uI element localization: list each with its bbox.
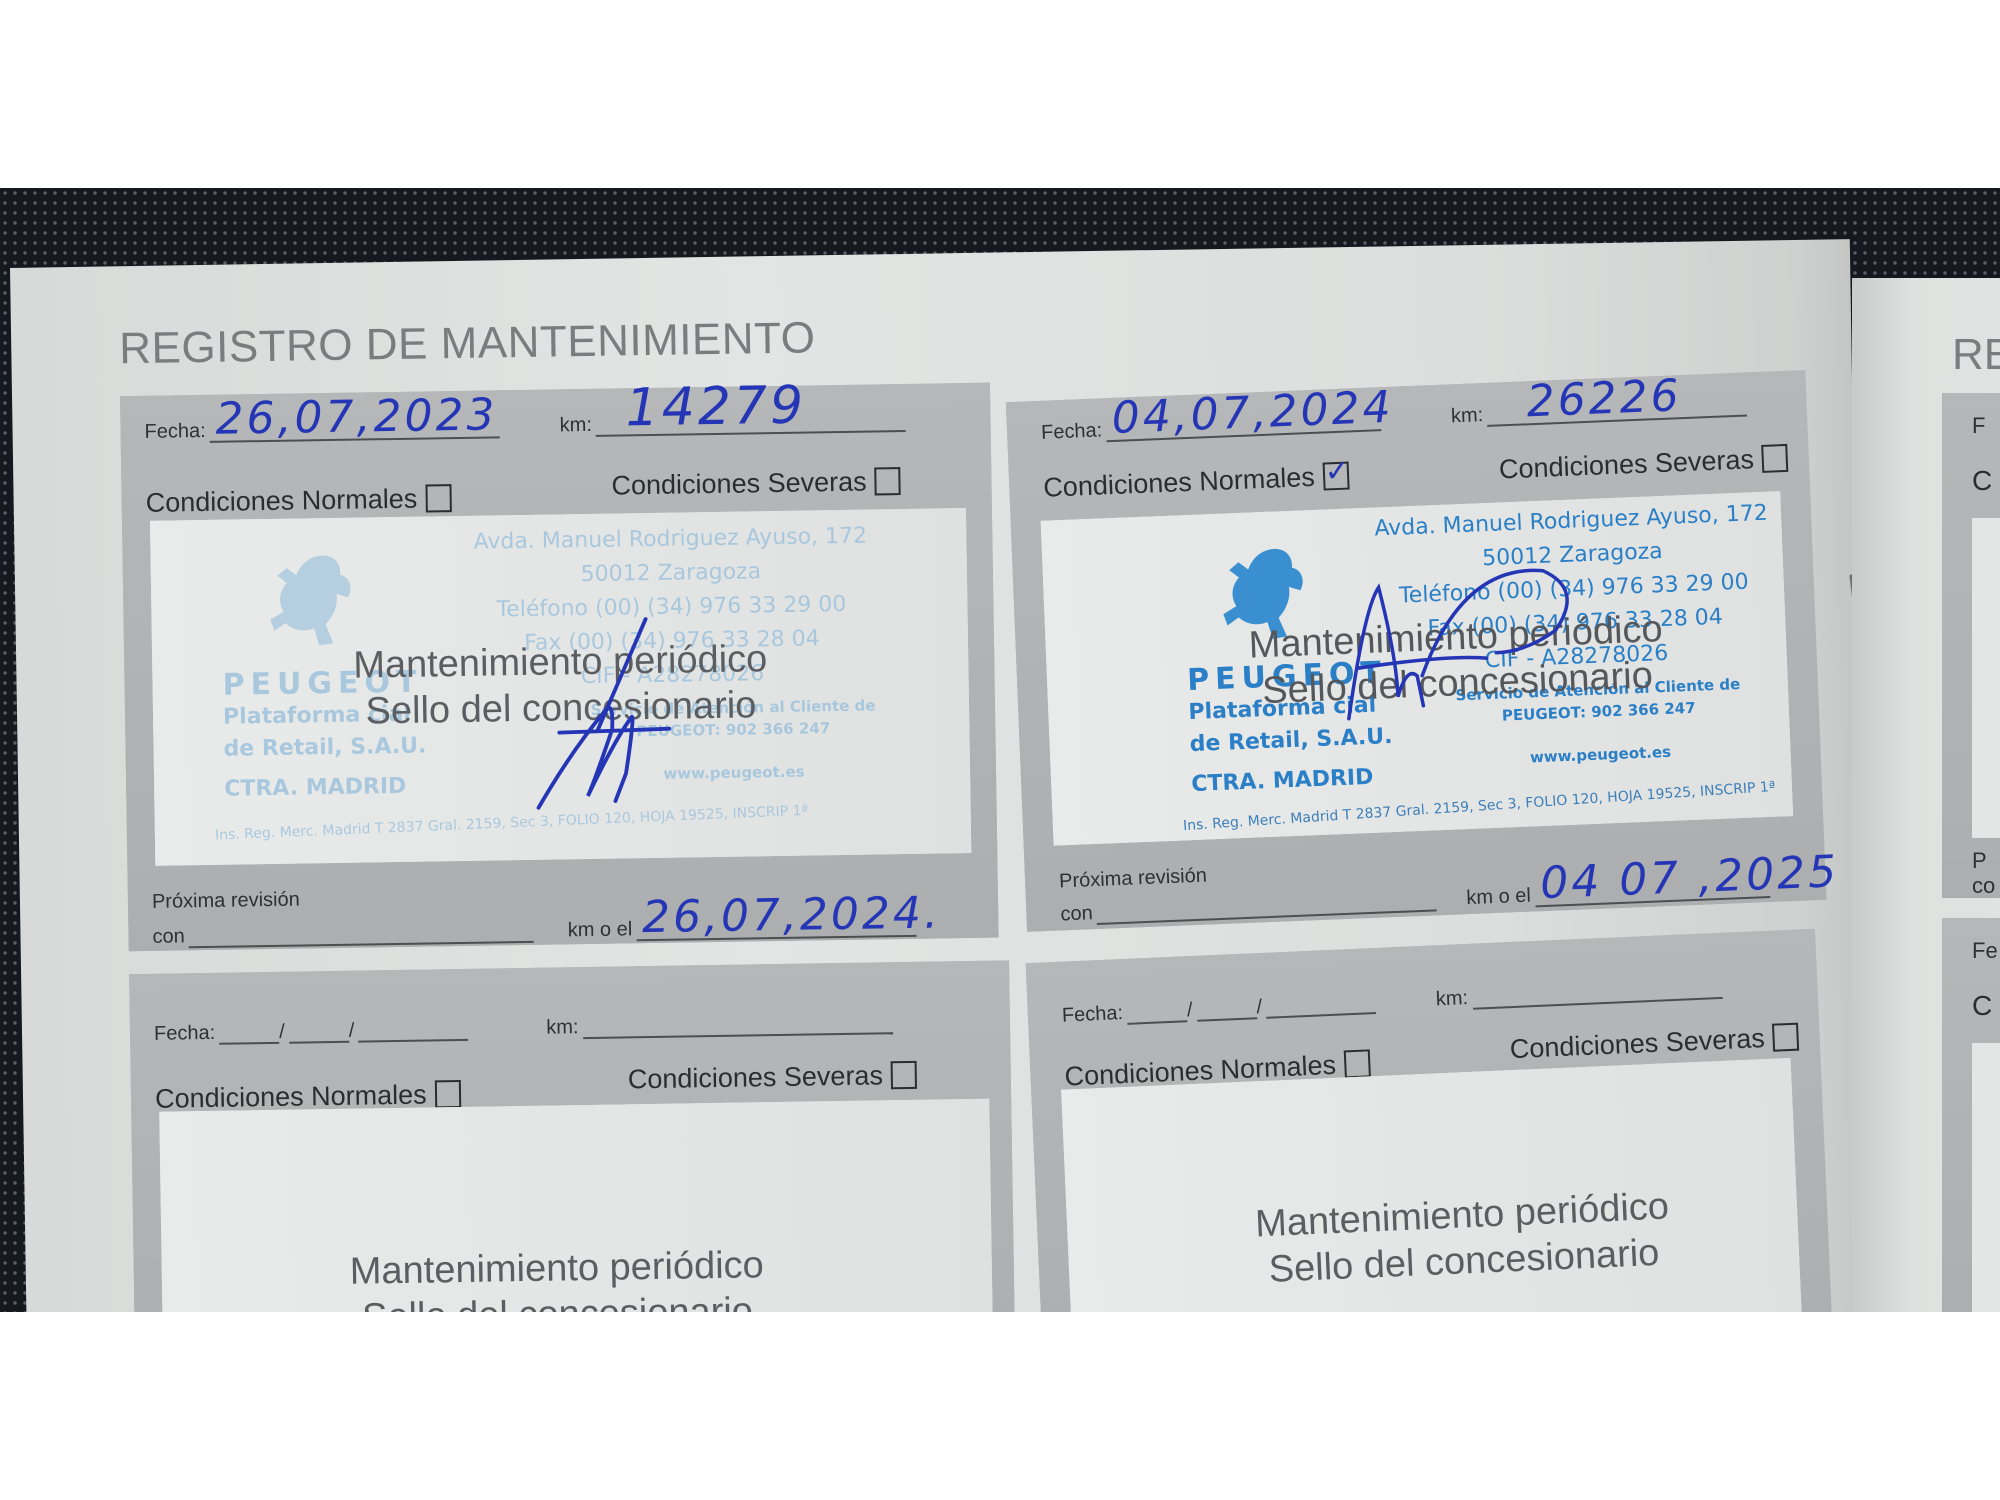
maintenance-entry-1: Fecha: 26,07,2023 km: 14279 Condiciones … bbox=[120, 383, 999, 952]
next-fecha-label-2: Fe bbox=[1972, 938, 1998, 964]
fecha-year-field[interactable] bbox=[358, 1015, 468, 1043]
km-field[interactable]: 26226 bbox=[1487, 390, 1748, 426]
proxima-label: Próxima revisión bbox=[1059, 865, 1208, 894]
peugeot-lion-icon bbox=[265, 548, 362, 654]
stamp-company-2: de Retail, S.A.U. bbox=[1189, 721, 1393, 761]
stamp-website: www.peugeot.es bbox=[1430, 737, 1771, 773]
km-field[interactable]: 14279 bbox=[596, 406, 906, 437]
normales-checkbox[interactable] bbox=[434, 1080, 460, 1108]
next-proxima-label: P bbox=[1972, 848, 1987, 874]
fecha-label: Fecha: bbox=[144, 420, 206, 444]
booklet-photo: REGISTRO DE MANTENIMIENTO Fecha: 26,07,2… bbox=[0, 188, 2000, 1312]
next-con-label: co bbox=[1972, 873, 1995, 899]
next-entry-block: F C P co bbox=[1942, 393, 2000, 898]
next-fecha-label: F bbox=[1972, 413, 1985, 439]
severas-label: Condiciones Severas bbox=[1498, 444, 1754, 485]
normales-checkbox[interactable] bbox=[1322, 462, 1349, 491]
fecha-value: 26,07,2023 bbox=[215, 389, 498, 444]
fecha-label: Fecha: bbox=[1041, 419, 1103, 444]
fecha-field[interactable]: 04,07,2024 bbox=[1106, 405, 1382, 442]
fecha-year-field[interactable] bbox=[1265, 988, 1376, 1019]
severas-checkbox[interactable] bbox=[891, 1061, 917, 1089]
fecha-field[interactable]: 26,07,2023 bbox=[210, 412, 500, 443]
fecha-month-field[interactable] bbox=[1196, 993, 1257, 1022]
normales-label: Condiciones Normales bbox=[145, 484, 417, 519]
con-label: con bbox=[1060, 902, 1093, 926]
dealer-stamp-area: PEUGEOT Plataforma cial de Retail, S.A.U… bbox=[150, 508, 971, 866]
km-value: 14279 bbox=[625, 376, 806, 439]
normales-label: Condiciones Normales bbox=[1043, 462, 1316, 504]
fecha-day-field[interactable] bbox=[219, 1018, 279, 1045]
km-o-el-label: km o el bbox=[568, 918, 633, 942]
severas-label: Condiciones Severas bbox=[1509, 1023, 1765, 1065]
km-label: km: bbox=[1435, 987, 1468, 1011]
km-field[interactable] bbox=[582, 1008, 892, 1039]
normales-checkbox[interactable] bbox=[425, 484, 451, 512]
severas-checkbox[interactable] bbox=[874, 467, 900, 495]
km-label: km: bbox=[560, 414, 593, 438]
stamp-company-3: CTRA. MADRID bbox=[224, 771, 427, 806]
stamp-address: Avda. Manuel Rodriguez Ayuso, 172 bbox=[440, 519, 900, 560]
page-title: REGISTRO DE MANTENIMIENTO bbox=[119, 313, 816, 374]
stamp-phone: Teléfono (00) (34) 976 33 29 00 bbox=[441, 587, 901, 628]
severas-checkbox[interactable] bbox=[1761, 444, 1788, 473]
proxima-fecha-value: 04 07 ,2025 bbox=[1539, 846, 1840, 909]
fecha-label: Fecha: bbox=[1061, 1002, 1123, 1028]
severas-label: Condiciones Severas bbox=[611, 467, 867, 502]
stamp-website: www.peugeot.es bbox=[554, 759, 914, 787]
con-label: con bbox=[152, 925, 185, 949]
km-o-el-label: km o el bbox=[1466, 885, 1531, 911]
dealer-stamp-area: Mantenimiento periódico Sello del conces… bbox=[159, 1099, 994, 1312]
maintenance-log-page: REGISTRO DE MANTENIMIENTO Fecha: 26,07,2… bbox=[10, 239, 1867, 1312]
proxima-km-field[interactable] bbox=[1096, 885, 1437, 925]
next-condiciones-label: C bbox=[1972, 465, 1992, 497]
proxima-fecha-value: 26,07,2024. bbox=[642, 887, 942, 943]
dealer-stamp-area: Mantenimiento periódico Sello del conces… bbox=[1061, 1058, 1803, 1312]
next-condiciones-label-2: C bbox=[1972, 990, 1992, 1022]
proxima-label: Próxima revisión bbox=[152, 889, 300, 914]
normales-checkbox[interactable] bbox=[1343, 1049, 1370, 1078]
fecha-month-field[interactable] bbox=[289, 1017, 349, 1044]
proxima-km-field[interactable] bbox=[189, 917, 534, 948]
next-page-partial: RE F C P co Fe C bbox=[1852, 278, 2000, 1312]
maintenance-entry-3: Fecha: / / km: Condiciones Normales Cond… bbox=[129, 960, 1015, 1312]
km-value: 26226 bbox=[1526, 370, 1683, 427]
stamp-company-3: CTRA. MADRID bbox=[1191, 761, 1395, 801]
fecha-label: Fecha: bbox=[154, 1022, 216, 1046]
maintenance-entry-2: Fecha: 04,07,2024 km: 26226 Condiciones … bbox=[1006, 370, 1827, 932]
severas-label: Condiciones Severas bbox=[628, 1060, 884, 1095]
fecha-value: 04,07,2024 bbox=[1111, 382, 1395, 444]
proxima-fecha-field[interactable]: 26,07,2024. bbox=[636, 911, 916, 941]
stamp-registry: Ins. Reg. Merc. Madrid T 2837 Gral. 2159… bbox=[215, 803, 809, 844]
proxima-fecha-field[interactable]: 04 07 ,2025 bbox=[1534, 872, 1770, 907]
next-page-title: RE bbox=[1952, 330, 2000, 380]
km-label: km: bbox=[546, 1016, 579, 1040]
next-stamp-area bbox=[1972, 518, 2000, 838]
dealer-stamp-area: PEUGEOT Plataforma cial de Retail, S.A.U… bbox=[1041, 491, 1793, 845]
next-stamp-area-2 bbox=[1972, 1043, 2000, 1312]
severas-checkbox[interactable] bbox=[1772, 1023, 1799, 1052]
km-field[interactable] bbox=[1471, 973, 1722, 1010]
next-entry-block-2: Fe C bbox=[1942, 918, 2000, 1312]
fecha-day-field[interactable] bbox=[1126, 996, 1187, 1025]
km-label: km: bbox=[1451, 404, 1484, 428]
maintenance-entry-4: Fecha: / / km: Condiciones Normales Cond… bbox=[1026, 929, 1833, 1312]
